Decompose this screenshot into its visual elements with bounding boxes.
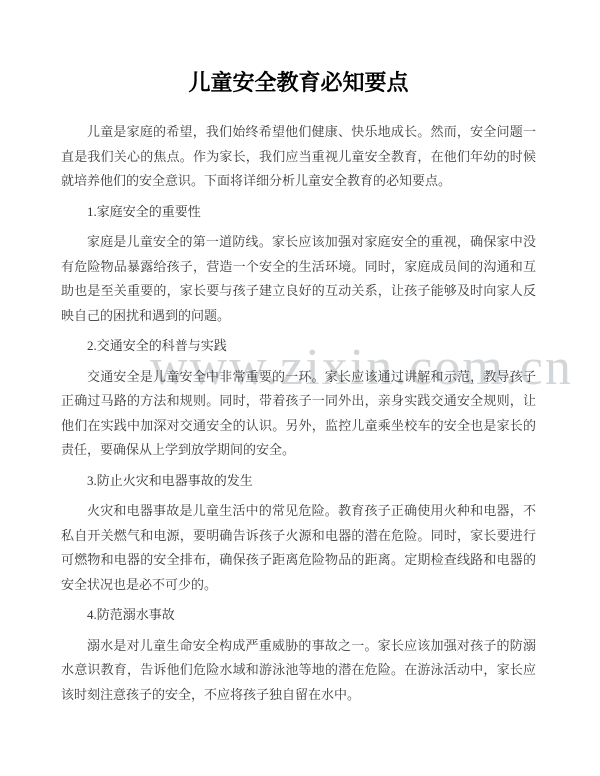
intro-paragraph: 儿童是家庭的希望，我们始终希望他们健康、快乐地成长。然而，安全问题一直是我们关心… [61, 120, 536, 194]
section-heading: 4.防范溺水事故 [61, 603, 536, 628]
document-title: 儿童安全教育必知要点 [61, 68, 536, 98]
section-heading: 1.家庭安全的重要性 [61, 200, 536, 225]
text-line: 儿童是家庭的希望，我们始终希望他们健康、快乐地成长。然而，安全问题一 [61, 120, 536, 145]
text-line: 私自开关燃气和电源，要明确告诉孩子火源和电器的潜在危险。同时，家长要进行 [61, 524, 536, 549]
text-line: 水意识教育，告诉他们危险水域和游泳池等地的潜在危险。在游泳活动中，家长应 [61, 658, 536, 683]
section-fire-electric-safety: 3.防止火灾和电器事故的发生 火灾和电器事故是儿童生活中的常见危险。教育孩子正确… [61, 469, 536, 598]
text-line: 可燃物和电器的安全排布，确保孩子距离危险物品的距离。定期检查线路和电器的 [61, 548, 536, 573]
text-line: 有危险物品暴露给孩子，营造一个安全的生活环境。同时，家庭成员间的沟通和互 [61, 255, 536, 280]
section-traffic-safety: 2.交通安全的科普与实践 交通安全是儿童安全中非常重要的一环。家长应该通过讲解和… [61, 334, 536, 463]
text-line: 正确过马路的方法和规则。同时，带着孩子一同外出，亲身实践交通安全规则，让 [61, 389, 536, 414]
text-line: 他们在实践中加深对交通安全的认识。另外，监控儿童乘坐校车的安全也是家长的 [61, 414, 536, 439]
section-heading: 2.交通安全的科普与实践 [61, 334, 536, 359]
document-content: 儿童安全教育必知要点 儿童是家庭的希望，我们始终希望他们健康、快乐地成长。然而，… [0, 0, 600, 707]
text-line: 该时刻注意孩子的安全，不应将孩子独自留在水中。 [61, 683, 536, 708]
text-line: 火灾和电器事故是儿童生活中的常见危险。教育孩子正确使用火种和电器，不 [61, 499, 536, 524]
text-line: 责任，要确保从上学到放学期间的安全。 [61, 438, 536, 463]
text-line: 溺水是对儿童生命安全构成严重威胁的事故之一。家长应该加强对孩子的防溺 [61, 634, 536, 659]
section-paragraph: 火灾和电器事故是儿童生活中的常见危险。教育孩子正确使用火种和电器，不私自开关燃气… [61, 499, 536, 597]
text-line: 助也是至关重要的，家长要与孩子建立良好的互动关系，让孩子能够及时向家人反 [61, 279, 536, 304]
section-paragraph: 家庭是儿童安全的第一道防线。家长应该加强对家庭安全的重视，确保家中没有危险物品暴… [61, 230, 536, 328]
section-drowning-prevention: 4.防范溺水事故 溺水是对儿童生命安全构成严重威胁的事故之一。家长应该加强对孩子… [61, 603, 536, 707]
text-line: 直是我们关心的焦点。作为家长，我们应当重视儿童安全教育，在他们年幼的时候 [61, 145, 536, 170]
section-home-safety: 1.家庭安全的重要性 家庭是儿童安全的第一道防线。家长应该加强对家庭安全的重视，… [61, 200, 536, 329]
document-page: www.zixin.com.cn 儿童安全教育必知要点 儿童是家庭的希望，我们始… [0, 0, 600, 776]
section-paragraph: 溺水是对儿童生命安全构成严重威胁的事故之一。家长应该加强对孩子的防溺水意识教育，… [61, 634, 536, 708]
text-line: 就培养他们的安全意识。下面将详细分析儿童安全教育的必知要点。 [61, 169, 536, 194]
text-line: 家庭是儿童安全的第一道防线。家长应该加强对家庭安全的重视，确保家中没 [61, 230, 536, 255]
text-line: 安全状况也是必不可少的。 [61, 573, 536, 598]
section-heading: 3.防止火灾和电器事故的发生 [61, 469, 536, 494]
text-line: 交通安全是儿童安全中非常重要的一环。家长应该通过讲解和示范，教导孩子 [61, 365, 536, 390]
section-paragraph: 交通安全是儿童安全中非常重要的一环。家长应该通过讲解和示范，教导孩子正确过马路的… [61, 365, 536, 463]
text-line: 映自己的困扰和遇到的问题。 [61, 304, 536, 329]
